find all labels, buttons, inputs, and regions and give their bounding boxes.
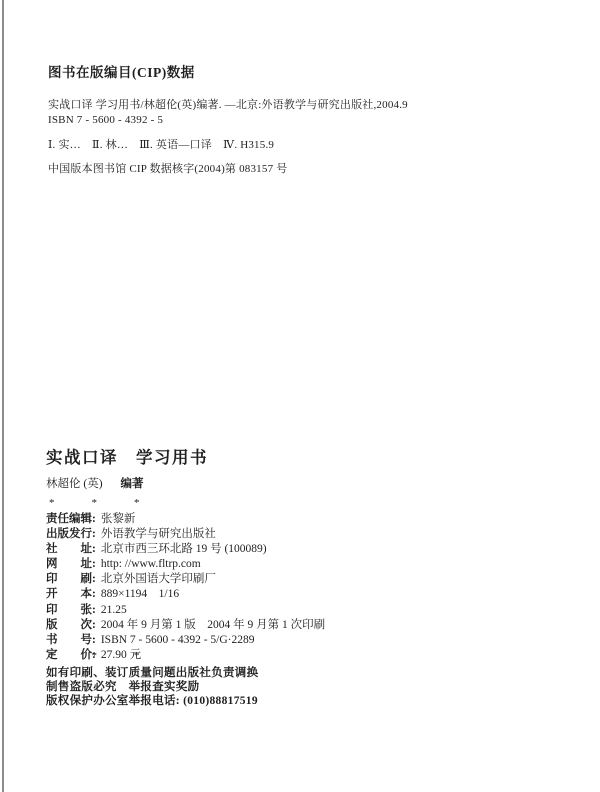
colophon-row-value: 21.25 (101, 604, 127, 616)
colophon-row-edition: 版次:2004 年 9 月第 1 版 2004 年 9 月第 1 次印刷 (46, 618, 566, 633)
cip-heading: 图书在版编目(CIP)数据 (48, 61, 568, 81)
colophon-row-editor: 责任编辑:张黎新 (46, 512, 566, 527)
colophon-row-label: 版次 (46, 618, 92, 633)
cip-entry-line: 实战口译 学习用书/林超伦(英)编著. —北京:外语教学与研究出版社,2004.… (48, 98, 568, 113)
colophon-row-label: 书号 (46, 633, 92, 648)
colophon-row-colon: : (92, 604, 96, 616)
colophon-block: 实战口译 学习用书 林超伦 (英)编著 * * * 责任编辑:张黎新 出版发行:… (46, 444, 566, 663)
footer-note-piracy: 制售盗版必究 举报查实奖励 (46, 680, 566, 694)
colophon-row-label: 开本 (46, 587, 92, 602)
colophon-row-colon: : (92, 543, 96, 555)
cip-registry-line: 中国版本图书馆 CIP 数据核字(2004)第 083157 号 (48, 162, 568, 177)
colophon-row-sheets: 印张:21.25 (46, 603, 566, 618)
scan-edge-line (2, 0, 4, 792)
book-author-line: 林超伦 (英)编著 (46, 475, 566, 491)
cip-isbn-line: ISBN 7 - 5600 - 4392 - 5 (48, 113, 568, 128)
colophon-row-label: 印张 (46, 603, 92, 618)
author-role: 编著 (121, 478, 144, 490)
colophon-row-value: 张黎新 (101, 513, 136, 525)
separator-asterisks-top: * * * (46, 494, 566, 510)
cip-block: 图书在版编目(CIP)数据 实战口译 学习用书/林超伦(英)编著. —北京:外语… (48, 61, 568, 177)
footer-note-hotline: 版权保护办公室举报电话: (010)88817519 (46, 694, 566, 708)
colophon-row-publisher: 出版发行:外语教学与研究出版社 (46, 527, 566, 542)
colophon-row-format: 开本:889×1194 1/16 (46, 587, 566, 602)
colophon-row-label: 社址 (46, 542, 92, 557)
cip-classification-line: Ⅰ. 实… Ⅱ. 林… Ⅲ. 英语—口译 Ⅳ. H315.9 (48, 138, 568, 153)
colophon-row-value: ISBN 7 - 5600 - 4392 - 5/G·2289 (101, 634, 255, 646)
colophon-rows: 责任编辑:张黎新 出版发行:外语教学与研究出版社 社址:北京市西三环北路 19 … (46, 512, 566, 663)
footer-block: * * * 如有印刷、装订质量问题出版社负责调换 制售盗版必究 举报查实奖励 版… (46, 647, 566, 709)
colophon-row-label: 责任编辑 (46, 512, 92, 527)
colophon-row-printer: 印刷:北京外国语大学印刷厂 (46, 572, 566, 587)
colophon-row-colon: : (92, 573, 96, 585)
colophon-row-value: 2004 年 9 月第 1 版 2004 年 9 月第 1 次印刷 (101, 619, 325, 631)
book-author: 林超伦 (英) (46, 478, 103, 490)
colophon-row-label: 网址 (46, 557, 92, 572)
colophon-row-website: 网址:http: //www.fltrp.com (46, 557, 566, 572)
colophon-row-colon: : (92, 513, 96, 525)
colophon-row-label: 出版发行 (46, 527, 92, 542)
colophon-row-colon: : (92, 634, 96, 646)
book-title: 实战口译 学习用书 (46, 444, 566, 468)
colophon-row-colon: : (92, 528, 96, 540)
colophon-row-colon: : (92, 558, 96, 570)
footer-note-quality: 如有印刷、装订质量问题出版社负责调换 (46, 666, 566, 680)
copyright-page: 图书在版编目(CIP)数据 实战口译 学习用书/林超伦(英)编著. —北京:外语… (0, 0, 600, 792)
colophon-row-colon: : (92, 588, 96, 600)
colophon-row-value: 北京市西三环北路 19 号 (100089) (101, 543, 267, 555)
colophon-row-value: 外语教学与研究出版社 (101, 528, 216, 540)
colophon-row-label: 印刷 (46, 572, 92, 587)
colophon-row-isbn: 书号:ISBN 7 - 5600 - 4392 - 5/G·2289 (46, 633, 566, 648)
colophon-row-colon: : (92, 619, 96, 631)
colophon-row-value: 889×1194 1/16 (101, 588, 179, 600)
colophon-row-value: 北京外国语大学印刷厂 (101, 573, 216, 585)
colophon-row-address: 社址:北京市西三环北路 19 号 (100089) (46, 542, 566, 557)
separator-asterisks-bottom: * * * (46, 647, 566, 663)
colophon-row-value: http: //www.fltrp.com (101, 558, 201, 570)
